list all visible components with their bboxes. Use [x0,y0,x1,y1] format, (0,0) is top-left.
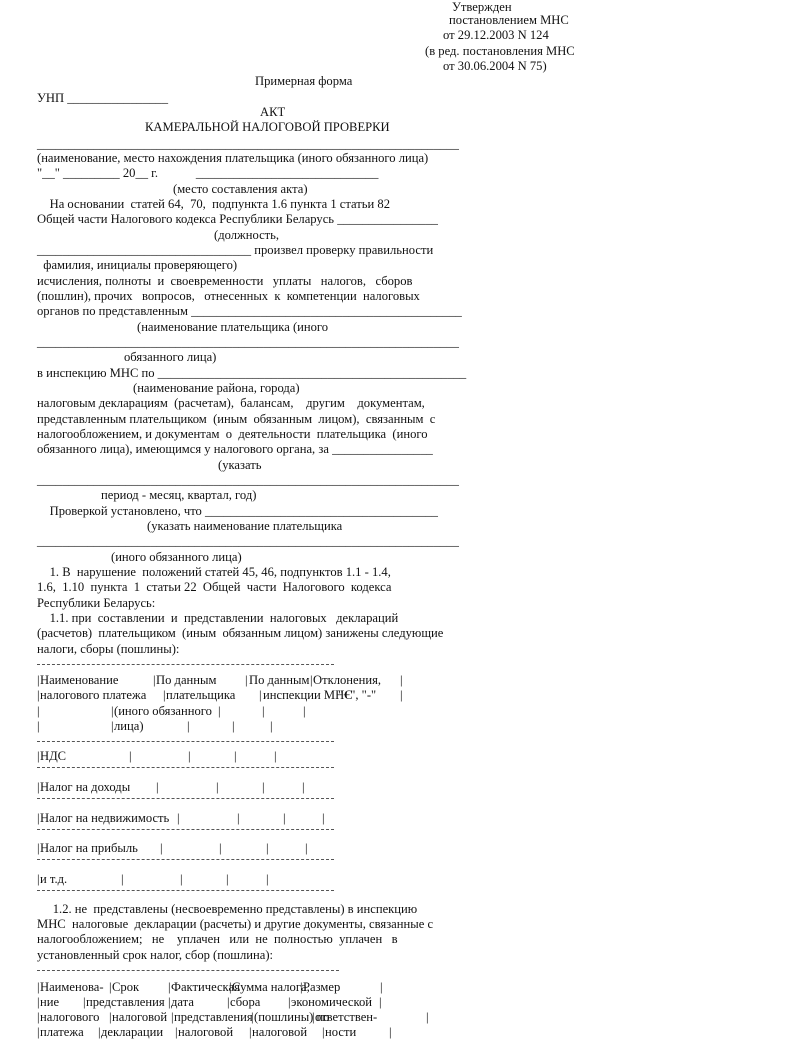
column-separator: | [262,780,265,795]
column-separator: | [188,749,191,764]
paragraph-line: На основании статей 64, 70, подпункта 1.… [37,197,390,212]
column-separator: | [302,780,305,795]
form-label: Примерная форма [255,74,352,89]
column-separator: | [234,749,237,764]
header-cell: представления [86,995,165,1010]
paragraph-line: Проверкой установлено, что _____________… [37,504,438,519]
header-cell: Наименова- [40,980,104,995]
paragraph-line: __________________________________ произ… [37,243,433,258]
table-row: Налог на доходы [40,780,130,795]
table-rule [37,859,334,860]
column-separator: | [266,841,269,856]
table-rule [37,767,334,768]
column-separator: | [37,704,40,719]
table-row: и т.д. [40,872,67,887]
header-cell: По данным [249,673,309,688]
column-separator: | [270,719,273,734]
approval-line-4: (в ред. постановления МНС [425,44,575,59]
column-separator: | [177,811,180,826]
paragraph-line: 1.6, 1.10 пункта 1 статьи 22 Общей части… [37,580,391,595]
column-separator: | [389,1025,392,1040]
header-cell: "+", "-" [338,688,376,703]
column-separator: | [322,811,325,826]
table-rule [37,664,334,665]
paragraph-line: (расчетов) плательщиком (иным обязанным … [37,626,443,641]
caption: (наименование района, города) [133,381,300,396]
caption: (указать [218,458,262,473]
header-cell: налогового платежа [40,688,146,703]
header-cell: Фактическая [171,980,240,995]
caption: (указать наименование плательщика [147,519,342,534]
header-cell: Сумма налога, [232,980,310,995]
caption: (место составления акта) [173,182,308,197]
header-cell: плательщика [166,688,235,703]
caption: (наименование, место нахождения плательщ… [37,151,428,166]
header-cell: (иного обязанного [114,704,212,719]
table-rule [37,890,334,891]
table-row: НДС [40,749,66,764]
column-separator: | [216,780,219,795]
table-rule [37,829,334,830]
header-cell: экономической [291,995,372,1010]
column-separator: | [187,719,190,734]
paragraph-line: органов по представленным ______________… [37,304,462,319]
caption: период - месяц, квартал, год) [101,488,256,503]
paragraph-line: Общей части Налогового кодекса Республик… [37,212,438,227]
column-separator: | [262,704,265,719]
header-cell: платежа [40,1025,84,1040]
column-separator: | [400,688,403,703]
paragraph-line: налогообложением, и документам о деятель… [37,427,428,442]
caption: обязанного лица) [124,350,216,365]
header-cell: Размер [303,980,340,995]
paragraph-line: налоговым декларациям (расчетам), баланс… [37,396,425,411]
paragraph-line: Республики Беларусь: [37,596,155,611]
header-cell: Срок [112,980,139,995]
table-row: Налог на прибыль [40,841,138,856]
column-separator: | [379,995,382,1010]
column-separator: | [160,841,163,856]
column-separator: | [219,841,222,856]
header-cell: По данным [156,673,216,688]
caption: (наименование плательщика (иного [137,320,328,335]
approval-line-5: от 30.06.2004 N 75) [443,59,547,74]
column-separator: | [218,704,221,719]
header-cell: налоговой [178,1025,233,1040]
header-cell: лица) [114,719,144,734]
column-separator: | [37,719,40,734]
blank-line: ________________________________________… [37,137,459,152]
column-separator: | [180,872,183,887]
blank-line: ________________________________________… [37,473,459,488]
doc-title-line-1: АКТ [260,105,285,120]
header-cell: декларации [101,1025,163,1040]
header-cell: налоговой [252,1025,307,1040]
header-cell: представления [174,1010,253,1025]
blank-line: ________________________________________… [37,534,459,549]
doc-title-line-2: КАМЕРАЛЬНОЙ НАЛОГОВОЙ ПРОВЕРКИ [145,120,390,135]
paragraph-line: 1. В нарушение положений статей 45, 46, … [37,565,391,580]
column-separator: | [266,872,269,887]
header-cell: ние [40,995,59,1010]
table-row: Налог на недвижимость [40,811,169,826]
paragraph-line: (пошлин), прочих вопросов, отнесенных к … [37,289,420,304]
unp-field: УНП ________________ [37,91,168,106]
column-separator: | [426,1010,429,1025]
table-rule [37,970,339,971]
header-cell: Наименование [40,673,118,688]
paragraph-line: 1.2. не представлены (несвоевременно пре… [37,902,417,917]
header-cell: сбора [230,995,260,1010]
paragraph-line: установленный срок налог, сбор (пошлина)… [37,948,273,963]
paragraph-line: в инспекцию МНС по _____________________… [37,366,466,381]
column-separator: | [259,688,262,703]
column-separator: | [226,872,229,887]
paragraph-line: налоги, сборы (пошлины): [37,642,179,657]
column-separator: | [283,811,286,826]
header-cell: дата [171,995,194,1010]
header-cell: ответствен- [315,1010,377,1025]
column-separator: | [156,780,159,795]
caption: фамилия, инициалы проверяющего) [37,258,237,273]
table-rule [37,741,334,742]
column-separator: | [129,749,132,764]
paragraph-line: обязанного лица), имеющимся у налогового… [37,442,433,457]
paragraph-line: представленным плательщиком (иным обязан… [37,412,435,427]
paragraph-line: 1.1. при составлении и представлении нал… [37,611,398,626]
column-separator: | [232,719,235,734]
date-line: "__" _________ 20__ г. _________________… [37,166,378,181]
column-separator: | [303,704,306,719]
column-separator: | [237,811,240,826]
header-cell: налоговой [112,1010,167,1025]
column-separator: | [245,673,248,688]
column-separator: | [380,980,383,995]
caption: (иного обязанного лица) [111,550,242,565]
caption: (должность, [214,228,279,243]
approval-line-2: постановлением МНС [449,13,569,28]
column-separator: | [400,673,403,688]
column-separator: | [305,841,308,856]
paragraph-line: МНС налоговые декларации (расчеты) и дру… [37,917,433,932]
column-separator: | [121,872,124,887]
paragraph-line: налогообложением; не уплачен или не полн… [37,932,398,947]
blank-line: ________________________________________… [37,335,459,350]
header-cell: Отклонения, [313,673,381,688]
table-rule [37,798,334,799]
header-cell: ности [325,1025,356,1040]
approval-line-3: от 29.12.2003 N 124 [443,28,549,43]
paragraph-line: исчисления, полноты и своевременности уп… [37,274,412,289]
column-separator: | [274,749,277,764]
header-cell: налогового [40,1010,99,1025]
